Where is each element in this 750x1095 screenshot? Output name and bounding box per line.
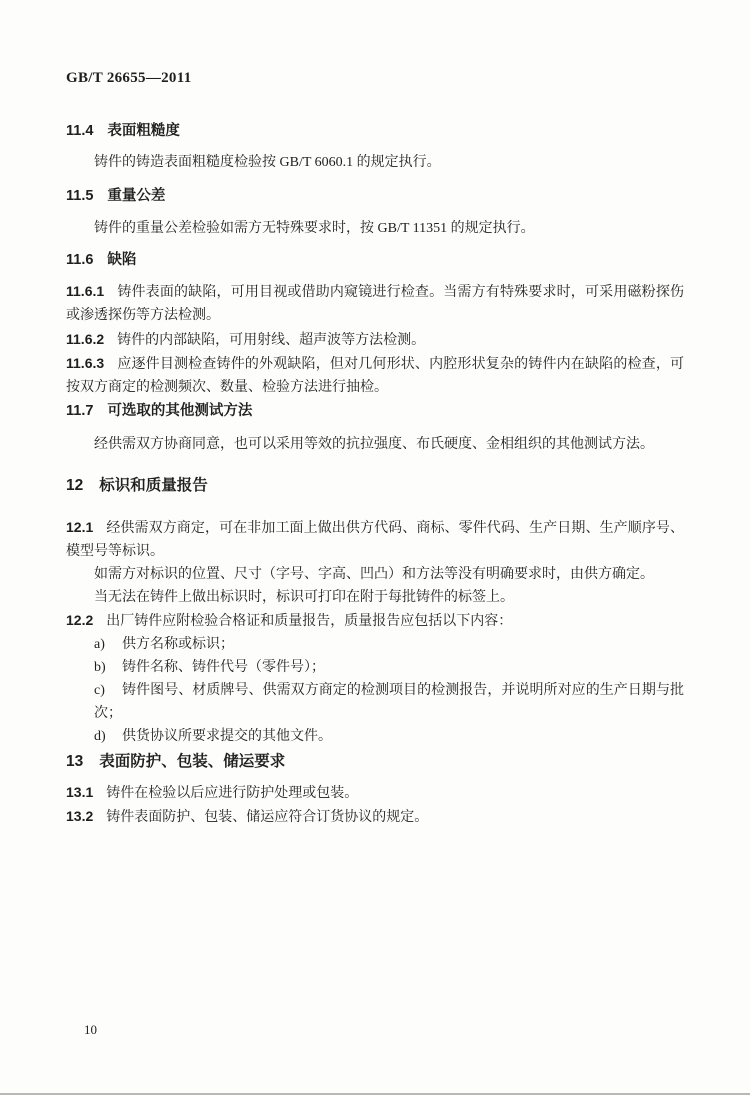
clause-number: 11.6.2 (66, 331, 104, 347)
list-marker: b) (94, 656, 122, 679)
section-title: 标识和质量报告 (99, 477, 208, 494)
list-item-text: 供货协议所要求提交的其他文件。 (122, 729, 332, 744)
clause-text: 铸件在检验以后应进行防护处理或包装。 (106, 786, 358, 801)
clause-number: 13.1 (66, 784, 93, 800)
clause-number: 11.6.1 (66, 283, 104, 299)
section-heading-11-6: 11.6缺陷 (66, 249, 684, 272)
paragraph-11-7: 经供需双方协商同意，也可以采用等效的抗拉强度、布氏硬度、金相组织的其他测试方法。 (66, 433, 684, 456)
clause-text: 铸件的内部缺陷，可用射线、超声波等方法检测。 (117, 333, 425, 348)
clause-13-1: 13.1铸件在检验以后应进行防护处理或包装。 (66, 781, 684, 805)
clause-number: 12.1 (66, 519, 93, 535)
section-title: 重量公差 (107, 188, 165, 204)
list-item-d: d)供货协议所要求提交的其他文件。 (66, 725, 684, 748)
clause-text: 应逐件目测检查铸件的外观缺陷，但对几何形状、内腔形状复杂的铸件内在缺陷的检查，可… (66, 357, 684, 395)
list-marker: d) (94, 725, 122, 748)
list-marker: c) (94, 679, 122, 702)
section-heading-11-5: 11.5重量公差 (66, 185, 684, 208)
section-title: 缺陷 (107, 252, 136, 268)
clause-12-1: 12.1经供需双方商定，可在非加工面上做出供方代码、商标、零件代码、生产日期、生… (66, 516, 684, 563)
paragraph-12-1a: 如需方对标识的位置、尺寸（字号、字高、凹凸）和方法等没有明确要求时，由供方确定。 (66, 563, 684, 586)
clause-text: 经供需双方商定，可在非加工面上做出供方代码、商标、零件代码、生产日期、生产顺序号… (66, 521, 684, 559)
clause-13-2: 13.2铸件表面防护、包装、储运应符合订货协议的规定。 (66, 805, 684, 829)
section-heading-11-7: 11.7可选取的其他测试方法 (66, 400, 684, 423)
list-item-c: c)铸件图号、材质牌号、供需双方商定的检测项目的检测报告，并说明所对应的生产日期… (66, 679, 684, 725)
clause-text: 铸件表面的缺陷，可用目视或借助内窥镜进行检查。当需方有特殊要求时，可采用磁粉探伤… (66, 285, 684, 323)
list-item-b: b)铸件名称、铸件代号（零件号）； (66, 656, 684, 679)
document-page: GB/T 26655—2011 11.4表面粗糙度 铸件的铸造表面粗糙度检验按 … (0, 0, 750, 1095)
clause-11-6-2: 11.6.2铸件的内部缺陷，可用射线、超声波等方法检测。 (66, 328, 684, 352)
clause-text: 出厂铸件应附检验合格证和质量报告，质量报告应包括以下内容： (106, 614, 512, 629)
section-number: 13 (66, 753, 83, 770)
section-title: 表面粗糙度 (107, 123, 180, 139)
section-heading-13: 13表面防护、包装、储运要求 (66, 750, 684, 773)
list-item-text: 铸件图号、材质牌号、供需双方商定的检测项目的检测报告，并说明所对应的生产日期与批… (94, 683, 684, 721)
section-number: 11.4 (66, 123, 93, 139)
list-marker: a) (94, 633, 122, 656)
clause-12-2: 12.2出厂铸件应附检验合格证和质量报告，质量报告应包括以下内容： (66, 609, 684, 633)
text-column: GB/T 26655—2011 11.4表面粗糙度 铸件的铸造表面粗糙度检验按 … (66, 70, 684, 829)
section-number: 11.6 (66, 252, 93, 268)
clause-number: 11.6.3 (66, 355, 104, 371)
clause-11-6-1: 11.6.1铸件表面的缺陷，可用目视或借助内窥镜进行检查。当需方有特殊要求时，可… (66, 280, 684, 327)
list-item-text: 供方名称或标识； (122, 637, 234, 652)
clause-number: 12.2 (66, 612, 93, 628)
page-number: 10 (84, 1022, 97, 1038)
clause-11-6-3: 11.6.3应逐件目测检查铸件的外观缺陷，但对几何形状、内腔形状复杂的铸件内在缺… (66, 352, 684, 399)
section-title: 可选取的其他测试方法 (107, 403, 252, 419)
standard-number-header: GB/T 26655—2011 (66, 70, 684, 86)
section-heading-11-4: 11.4表面粗糙度 (66, 120, 684, 143)
section-heading-12: 12标识和质量报告 (66, 474, 684, 497)
clause-text: 铸件表面防护、包装、储运应符合订货协议的规定。 (106, 810, 428, 825)
section-number: 11.7 (66, 403, 93, 419)
section-number: 11.5 (66, 188, 93, 204)
paragraph-12-1b: 当无法在铸件上做出标识时，标识可打印在附于每批铸件的标签上。 (66, 586, 684, 609)
paragraph-11-5: 铸件的重量公差检验如需方无特殊要求时，按 GB/T 11351 的规定执行。 (66, 217, 684, 240)
list-item-text: 铸件名称、铸件代号（零件号）； (122, 660, 325, 675)
list-item-a: a)供方名称或标识； (66, 633, 684, 656)
clause-number: 13.2 (66, 808, 93, 824)
paragraph-11-4: 铸件的铸造表面粗糙度检验按 GB/T 6060.1 的规定执行。 (66, 151, 684, 174)
section-number: 12 (66, 477, 83, 494)
section-title: 表面防护、包装、储运要求 (99, 753, 285, 770)
